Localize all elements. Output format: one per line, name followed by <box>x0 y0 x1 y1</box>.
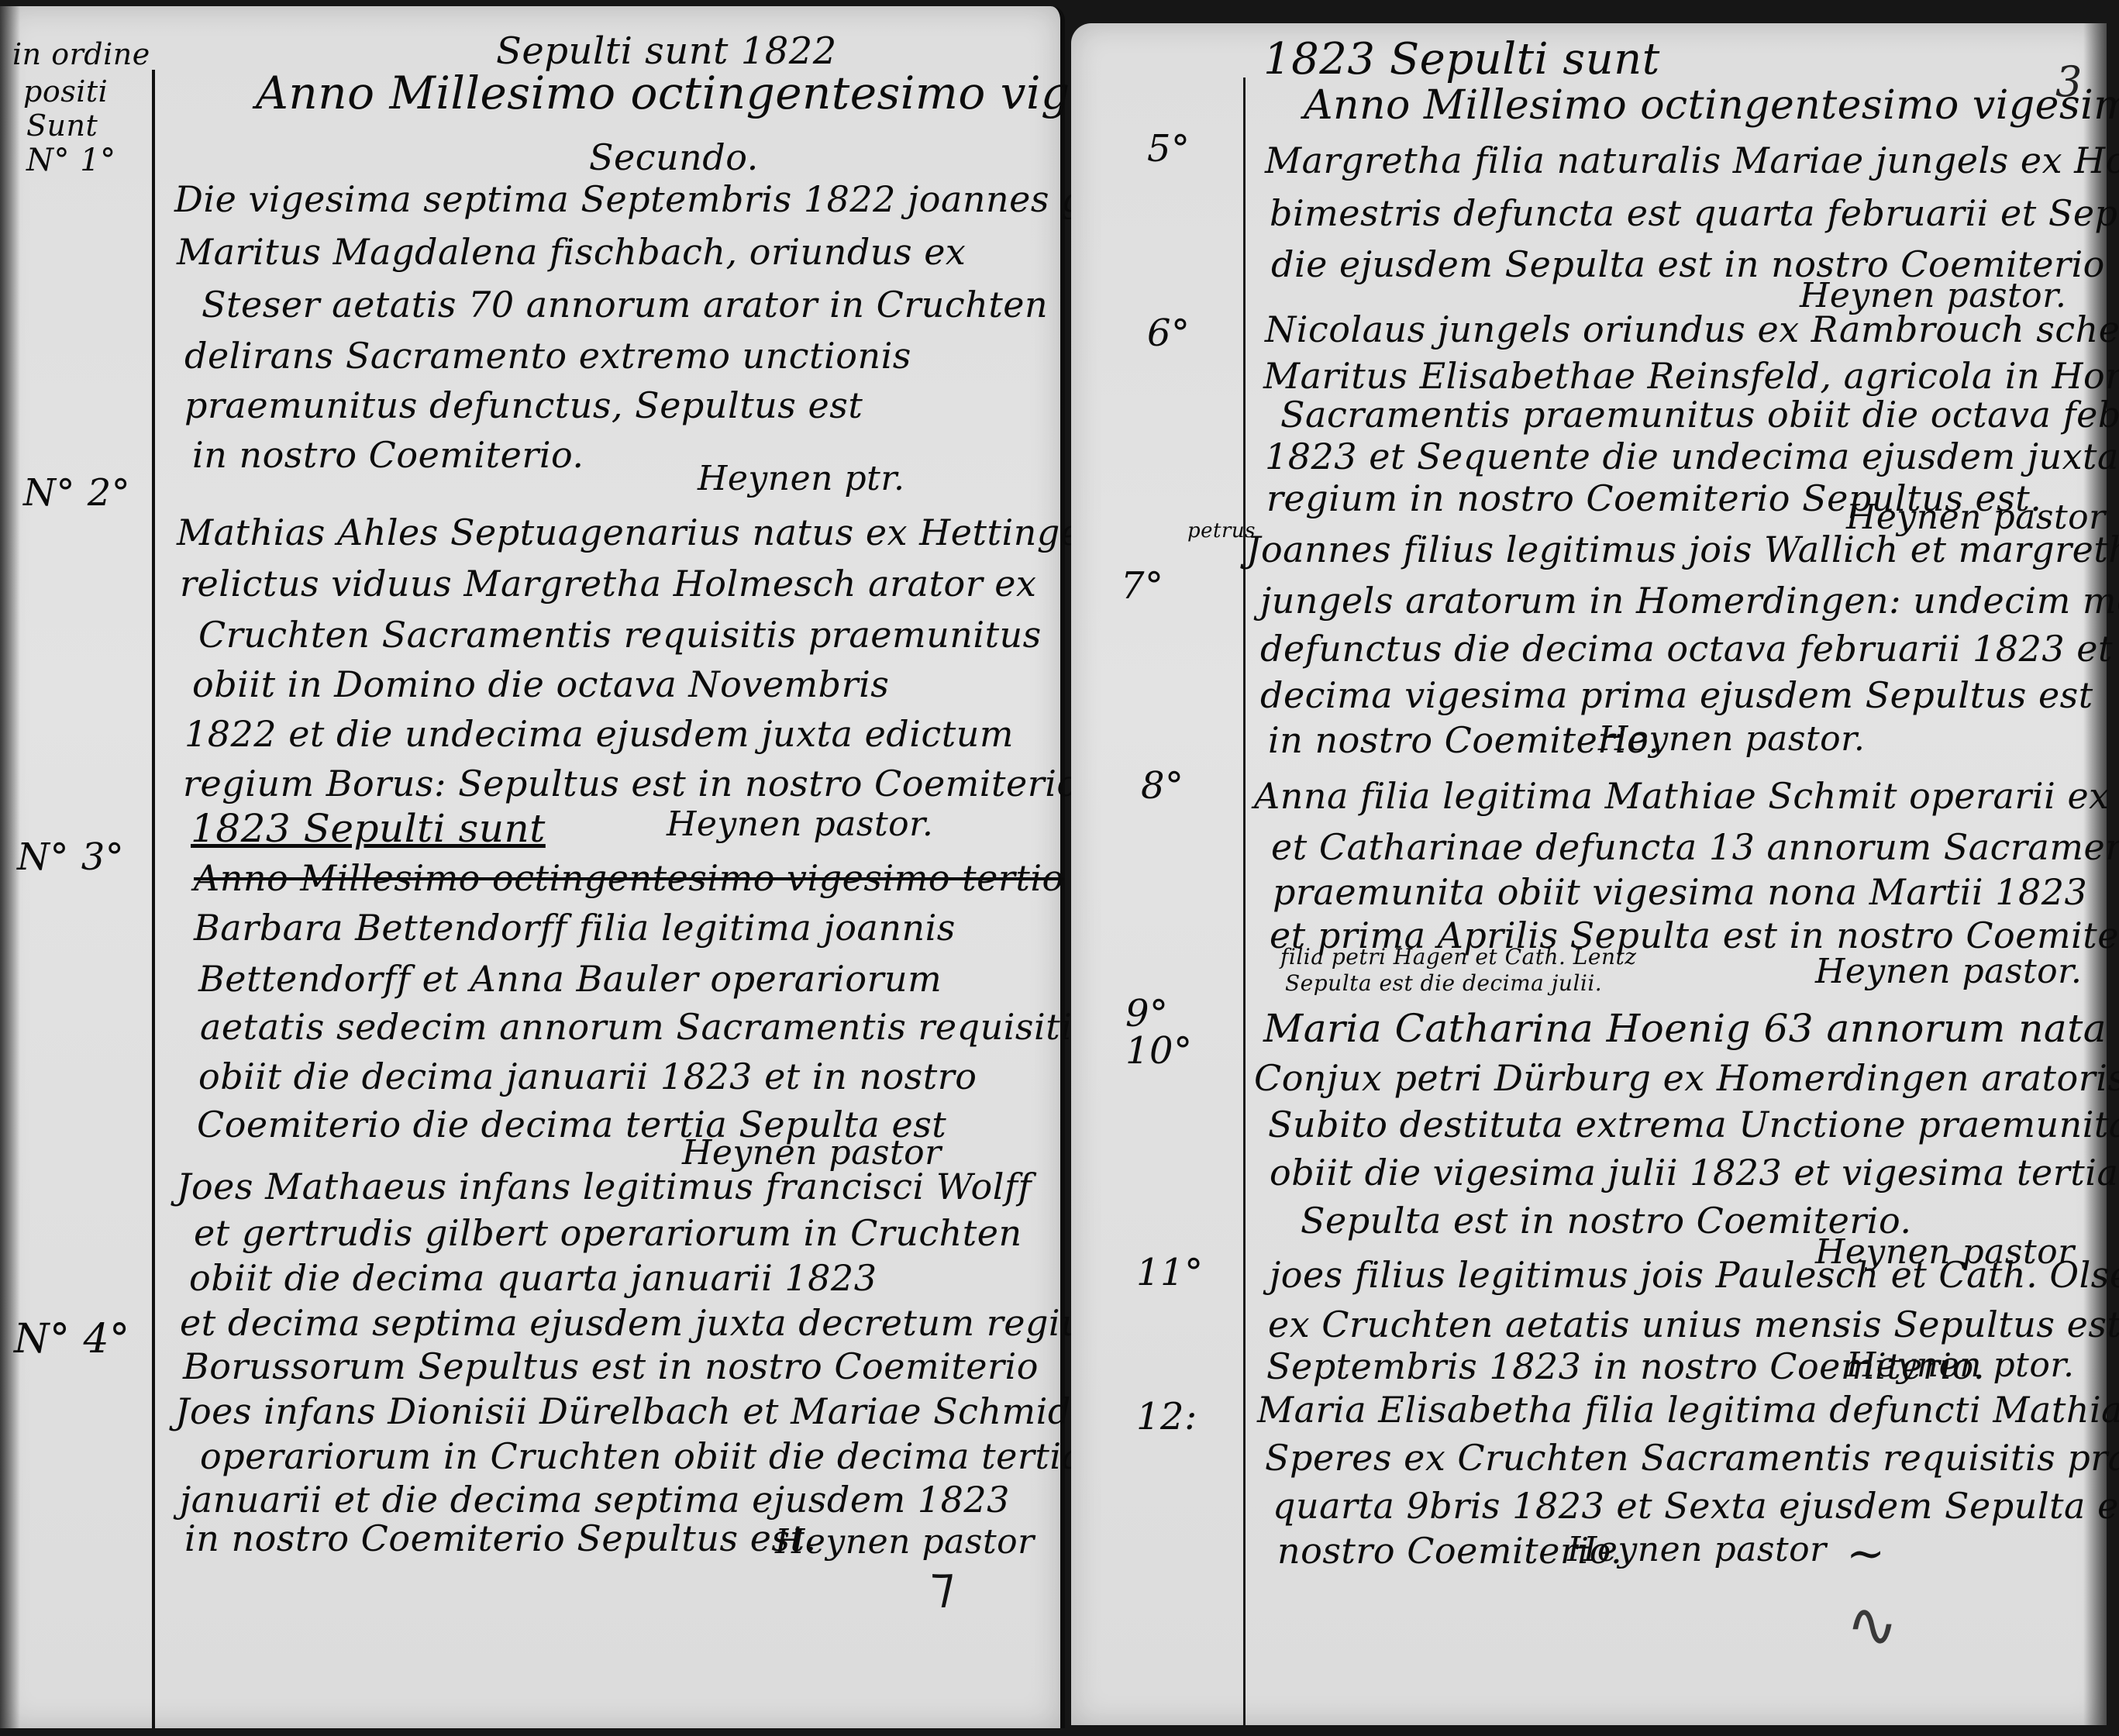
entry-line: joes filius legitimus jois Paulesch et C… <box>1270 1254 2119 1296</box>
right-page: 3 1823 Sepulti sunt Anno Millesimo octin… <box>1071 23 2107 1725</box>
entry-line: Sacramentis praemunitus obiit die octava… <box>1280 394 2119 436</box>
entry-line: Joes infans Dionisii Dürelbach et Mariae… <box>175 1390 1086 1432</box>
entry-line: aetatis sedecim annorum Sacramentis requ… <box>200 1006 1091 1048</box>
margin-rule <box>1243 77 1246 1725</box>
entry-line: Mathias Ahles Septuagenarius natus ex He… <box>177 511 1105 553</box>
entry-line: filia petri Hagen et Cath. Lentz <box>1280 944 1636 970</box>
entry-line: 1822 et die undecima ejusdem juxta edict… <box>184 713 1014 755</box>
margin-note: petrus <box>1187 519 1256 542</box>
scanned-book-spread: in ordine positi Sunt N° 1° Sepulti sunt… <box>0 0 2119 1736</box>
entry-line: operariorum in Cruchten obiit die decima… <box>200 1435 1083 1477</box>
entry-line: Barbara Bettendorff filia legitima joann… <box>194 907 956 949</box>
margin-label: in ordine <box>12 37 150 71</box>
entry-line: Steser aetatis 70 annorum arator in Cruc… <box>202 284 1048 325</box>
entry-line: Joannes filius legitimus jois Wallich et… <box>1246 529 2119 570</box>
entry-number: N° 1° <box>26 143 116 178</box>
entry-number: N° 3° <box>17 835 124 879</box>
entry-line: regium Borus: Sepultus est in nostro Coe… <box>183 763 1079 804</box>
entry-line: Maria Elisabetha filia legitima defuncti… <box>1257 1389 2119 1431</box>
entry-line: Die vigesima septima Septembris 1822 joa… <box>174 178 1185 220</box>
pastor-signature: Heynen pastor <box>1567 1530 1827 1569</box>
entry-line: et decima septima ejusdem juxta decretum… <box>180 1302 1118 1344</box>
year-heading-continued: Secundo. <box>589 136 759 178</box>
pastor-signature: Heynen pastor. <box>667 804 933 844</box>
struck-year-line: Anno Millesimo octingentesimo vigesimo t… <box>194 857 1064 899</box>
pastor-signature: Heynen pastor. <box>1815 952 2082 991</box>
entry-number: 7° <box>1121 564 1164 608</box>
entry-line: praemunita obiit vigesima nona Martii 18… <box>1273 871 2087 913</box>
entry-line: delirans Sacramento extremo unctionis <box>184 335 911 377</box>
end-flourish: ∿ <box>1846 1589 1898 1661</box>
entry-line: Maritus Magdalena fischbach, oriundus ex <box>177 231 966 273</box>
entry-number: 6° <box>1147 312 1190 355</box>
entry-line: Margretha filia naturalis Mariae jungels… <box>1265 139 2119 181</box>
entry-number: 8° <box>1141 764 1184 808</box>
page-header: 1823 Sepulti sunt <box>1263 34 1660 84</box>
entry-line: Speres ex Cruchten Sacramentis requisiti… <box>1265 1437 2119 1479</box>
entry-line: obiit die decima quarta januarii 1823 <box>189 1257 877 1299</box>
entry-line: Bettendorff et Anna Bauler operariorum <box>198 958 942 1000</box>
section-header: 1823 Sepulti sunt <box>191 806 546 851</box>
entry-number: 11° <box>1136 1251 1204 1294</box>
entry-line: et Catharinae defuncta 13 annorum Sacram… <box>1271 826 2119 868</box>
entry-line: ex Cruchten aetatis unius mensis Sepultu… <box>1268 1304 2119 1345</box>
entry-line: quarta 9bris 1823 et Sexta ejusdem Sepul… <box>1273 1485 2119 1527</box>
entry-line: defunctus die decima octava februarii 18… <box>1260 628 2119 670</box>
entry-line: relictus viduus Margretha Holmesch arato… <box>180 563 1036 604</box>
entry-line: Maria Catharina Hoenig 63 annorum nata e… <box>1263 1006 2119 1051</box>
entry-line: decima vigesima prima ejusdem Sepultus e… <box>1260 674 2093 716</box>
entry-line: Borussorum Sepultus est in nostro Coemit… <box>183 1345 1039 1387</box>
entry-line: obiit die vigesima julii 1823 et vigesim… <box>1270 1152 2119 1193</box>
end-flourish: ~ <box>1846 1527 1885 1581</box>
entry-line: 1823 et Sequente die undecima ejusdem ju… <box>1265 436 2119 477</box>
entry-line: obiit die decima januarii 1823 et in nos… <box>198 1056 977 1097</box>
year-heading: Anno Millesimo octingentesimo vigesimo <box>256 67 1206 119</box>
entry-number: N° 2° <box>23 471 130 515</box>
entry-line: Cruchten Sacramentis requisitis praemuni… <box>198 614 1042 656</box>
entry-line: bimestris defuncta est quarta februarii … <box>1270 192 2119 234</box>
entry-line: Joes Mathaeus infans legitimus francisci… <box>177 1166 1032 1207</box>
entry-line: in nostro Coemiterio. <box>192 434 584 476</box>
margin-label: positi <box>23 74 108 108</box>
pastor-signature: Heynen pastor. <box>1598 719 1865 759</box>
entry-line: jungels aratorum in Homerdingen: undecim… <box>1260 580 2119 622</box>
entry-line: Nicolaus jungels oriundus ex Rambrouch s… <box>1265 308 2119 350</box>
year-heading: Anno Millesimo octingentesimo vigesimo t… <box>1304 82 2119 129</box>
entry-line: et gertrudis gilbert operariorum in Cruc… <box>194 1212 1022 1254</box>
end-mark: ⁊ <box>930 1556 955 1614</box>
entry-number: 10° <box>1125 1029 1193 1073</box>
entry-number: 5° <box>1147 127 1190 170</box>
entry-line: Subito destituta extrema Unctione praemu… <box>1268 1104 2119 1145</box>
entry-line: obiit in Domino die octava Novembris <box>192 663 889 705</box>
entry-number: 12: <box>1136 1395 1197 1438</box>
entry-line: Sepulta est die decima julii. <box>1285 970 1602 996</box>
entry-line: in nostro Coemiterio Sepultus est. <box>184 1517 817 1559</box>
margin-rule <box>152 70 155 1728</box>
entry-line: januarii et die decima septima ejusdem 1… <box>180 1479 1010 1521</box>
entry-number: N° 4° <box>14 1316 130 1362</box>
entry-line: praemunitus defunctus, Sepultus est <box>184 384 863 426</box>
margin-label: Sunt <box>26 108 98 143</box>
pastor-signature: Heynen ptr. <box>698 459 905 498</box>
entry-line: Conjux petri Dürburg ex Homerdingen arat… <box>1254 1057 2119 1099</box>
entry-line: Maritus Elisabethae Reinsfeld, agricola … <box>1263 355 2119 397</box>
left-page: in ordine positi Sunt N° 1° Sepulti sunt… <box>0 6 1065 1728</box>
pastor-signature: Heynen pastor <box>775 1522 1035 1562</box>
pastor-signature: Heynen ptor. <box>1846 1345 2075 1385</box>
entry-line: Anna filia legitima Mathiae Schmit opera… <box>1254 775 2119 817</box>
